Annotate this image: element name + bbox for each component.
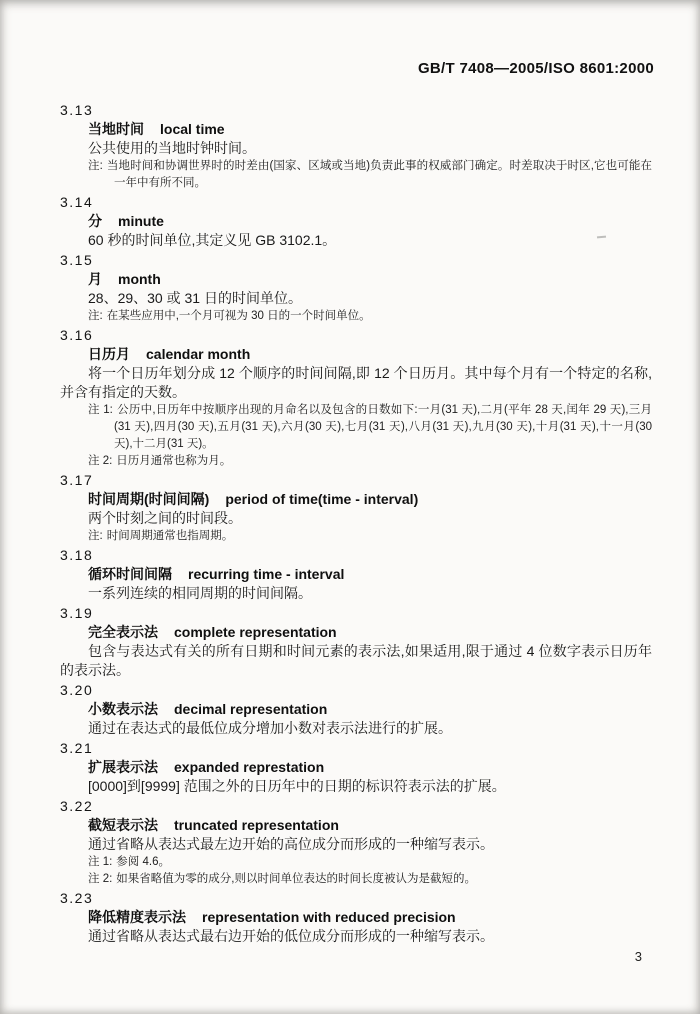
note-text: 公历中,日历年中按顺序出现的月命名以及包含的日数如下:一月(31 天),二月(平… <box>114 404 652 450</box>
note-label: 注: <box>88 160 103 172</box>
section-3-14: 3.14 分minute 60 秒的时间单位,其定义见 GB 3102.1。 <box>60 193 652 250</box>
term-english: month <box>118 271 161 287</box>
term-line: 月month <box>88 270 652 289</box>
section-3-15: 3.15 月month 28、29、30 或 31 日的时间单位。 注:在某些应… <box>60 251 652 325</box>
term-chinese: 循环时间间隔 <box>88 566 172 582</box>
section-3-17: 3.17 时间周期(时间间隔)period of time(time - int… <box>60 471 652 545</box>
section-number: 3.15 <box>60 251 652 270</box>
term-english: local time <box>160 121 225 137</box>
definition-text: [0000]到[9999] 范围之外的日历年中的日期的标识符表示法的扩展。 <box>60 777 652 796</box>
definition-text: 通过省略从表达式最右边开始的低位成分而形成的一种缩写表示。 <box>60 927 652 946</box>
term-chinese: 时间周期(时间间隔) <box>88 491 209 507</box>
section-3-16: 3.16 日历月calendar month 将一个日历年划分成 12 个顺序的… <box>60 326 652 470</box>
term-english: decimal representation <box>174 701 327 717</box>
definition-text: 公共使用的当地时钟时间。 <box>60 139 652 158</box>
term-english: truncated representation <box>174 817 339 833</box>
term-chinese: 当地时间 <box>88 121 144 137</box>
section-number: 3.16 <box>60 326 652 345</box>
definition-text: 28、29、30 或 31 日的时间单位。 <box>60 289 652 308</box>
term-line: 循环时间间隔recurring time - interval <box>88 565 652 584</box>
term-english: recurring time - interval <box>188 566 344 582</box>
term-line: 降低精度表示法representation with reduced preci… <box>88 908 652 927</box>
section-3-23: 3.23 降低精度表示法representation with reduced … <box>60 889 652 946</box>
term-line: 小数表示法decimal representation <box>88 700 652 719</box>
note-label: 注 1: <box>88 404 113 416</box>
section-3-21: 3.21 扩展表示法expanded represtation [0000]到[… <box>60 739 652 796</box>
note-text: 当地时间和协调世界时的时差由(国家、区域或当地)负责此事的权威部门确定。时差取决… <box>107 160 652 189</box>
section-number: 3.23 <box>60 889 652 908</box>
definition-text: 两个时刻之间的时间段。 <box>60 509 652 528</box>
scanned-document-page: GB/T 7408—2005/ISO 8601:2000 3.13 当地时间lo… <box>0 0 700 1014</box>
definition-text: 60 秒的时间单位,其定义见 GB 3102.1。 <box>60 231 652 250</box>
note-label: 注 2: <box>88 873 112 885</box>
terms-and-definitions-list: 3.13 当地时间local time 公共使用的当地时钟时间。 注:当地时间和… <box>60 101 652 946</box>
note: 注 2:日历月通常也称为月。 <box>88 453 652 470</box>
term-english: expanded represtation <box>174 759 324 775</box>
note-text: 参阅 4.6。 <box>116 856 170 868</box>
section-3-18: 3.18 循环时间间隔recurring time - interval 一系列… <box>60 546 652 603</box>
term-english: calendar month <box>146 346 250 362</box>
note: 注 2:如果省略值为零的成分,则以时间单位表达的时间长度被认为是截短的。 <box>88 871 652 888</box>
note-text: 时间周期通常也指周期。 <box>107 530 234 542</box>
term-chinese: 月 <box>88 271 102 287</box>
section-3-22: 3.22 截短表示法truncated representation 通过省略从… <box>60 797 652 888</box>
term-chinese: 降低精度表示法 <box>88 909 186 925</box>
section-number: 3.17 <box>60 471 652 490</box>
section-3-13: 3.13 当地时间local time 公共使用的当地时钟时间。 注:当地时间和… <box>60 101 652 192</box>
note-text: 如果省略值为零的成分,则以时间单位表达的时间长度被认为是截短的。 <box>116 873 476 885</box>
term-chinese: 日历月 <box>88 346 130 362</box>
term-line: 日历月calendar month <box>88 345 652 364</box>
section-number: 3.22 <box>60 797 652 816</box>
page-number: 3 <box>635 949 642 964</box>
term-line: 分minute <box>88 212 652 231</box>
section-number: 3.21 <box>60 739 652 758</box>
term-english: complete representation <box>174 624 337 640</box>
section-number: 3.19 <box>60 604 652 623</box>
section-number: 3.20 <box>60 681 652 700</box>
term-line: 扩展表示法expanded represtation <box>88 758 652 777</box>
definition-text: 包含与表达式有关的所有日期和时间元素的表示法,如果适用,限于通过 4 位数字表示… <box>60 642 652 680</box>
section-number: 3.14 <box>60 193 652 212</box>
term-chinese: 分 <box>88 213 102 229</box>
note: 注:在某些应用中,一个月可视为 30 日的一个时间单位。 <box>88 308 652 325</box>
note-label: 注: <box>88 530 103 542</box>
section-3-20: 3.20 小数表示法decimal representation 通过在表达式的… <box>60 681 652 738</box>
standard-document-code: GB/T 7408—2005/ISO 8601:2000 <box>0 60 654 77</box>
section-number: 3.18 <box>60 546 652 565</box>
definition-text: 将一个日历年划分成 12 个顺序的时间间隔,即 12 个日历月。其中每个月有一个… <box>60 364 652 402</box>
term-chinese: 小数表示法 <box>88 701 158 717</box>
note-text: 日历月通常也称为月。 <box>116 455 231 467</box>
note-label: 注 2: <box>88 455 112 467</box>
term-english: period of time(time - interval) <box>225 491 418 507</box>
note-label: 注: <box>88 310 103 322</box>
definition-text: 一系列连续的相同周期的时间间隔。 <box>60 584 652 603</box>
term-english: representation with reduced precision <box>202 909 456 925</box>
term-chinese: 完全表示法 <box>88 624 158 640</box>
note-label: 注 1: <box>88 856 112 868</box>
term-english: minute <box>118 213 164 229</box>
term-line: 完全表示法complete representation <box>88 623 652 642</box>
section-3-19: 3.19 完全表示法complete representation 包含与表达式… <box>60 604 652 680</box>
section-number: 3.13 <box>60 101 652 120</box>
definition-text: 通过在表达式的最低位成分增加小数对表示法进行的扩展。 <box>60 719 652 738</box>
term-chinese: 扩展表示法 <box>88 759 158 775</box>
term-line: 时间周期(时间间隔)period of time(time - interval… <box>88 490 652 509</box>
note: 注:当地时间和协调世界时的时差由(国家、区域或当地)负责此事的权威部门确定。时差… <box>88 158 652 192</box>
note: 注 1:公历中,日历年中按顺序出现的月命名以及包含的日数如下:一月(31 天),… <box>88 402 652 453</box>
term-line: 当地时间local time <box>88 120 652 139</box>
term-line: 截短表示法truncated representation <box>88 816 652 835</box>
note-text: 在某些应用中,一个月可视为 30 日的一个时间单位。 <box>107 310 371 322</box>
note: 注:时间周期通常也指周期。 <box>88 528 652 545</box>
term-chinese: 截短表示法 <box>88 817 158 833</box>
note: 注 1:参阅 4.6。 <box>88 854 652 871</box>
definition-text: 通过省略从表达式最左边开始的高位成分而形成的一种缩写表示。 <box>60 835 652 854</box>
